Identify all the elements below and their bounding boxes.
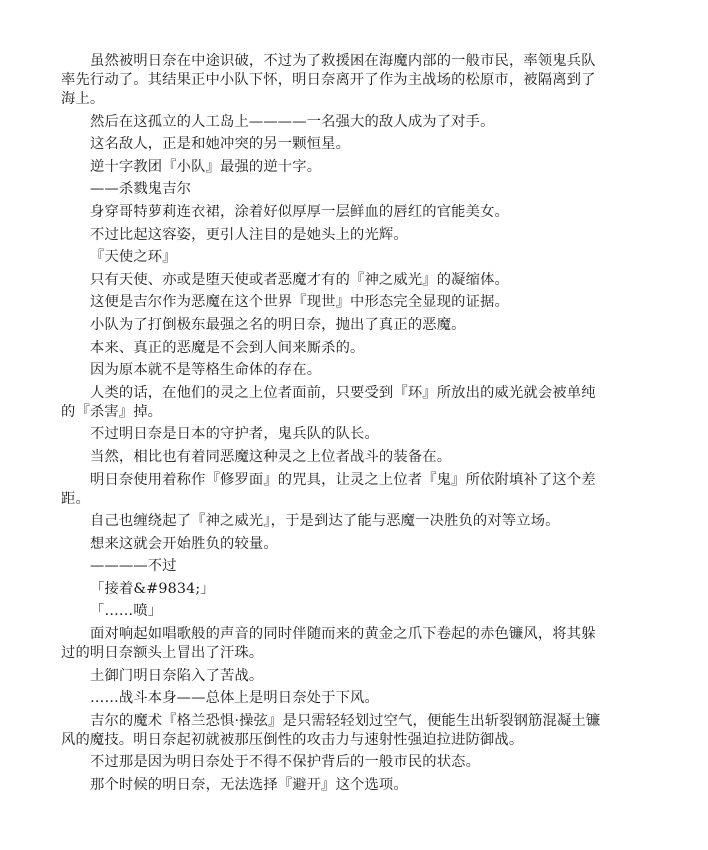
paragraph: 不过那是因为明日奈处于不得不保护背后的一般市民的状态。 xyxy=(61,753,571,772)
text-line: 『天使之环』 xyxy=(61,248,571,267)
text-line: 想来这就会开始胜负的较量。 xyxy=(61,535,571,554)
text-line: 然后在这孤立的人工岛上————一名强大的敌人成为了对手。 xyxy=(61,113,571,132)
text-line: ————不过 xyxy=(61,557,571,576)
text-line: 不过明日奈是日本的守护者，鬼兵队的队长。 xyxy=(61,425,571,444)
paragraph: 「接着&#9834;」 xyxy=(61,580,571,599)
text-line: 因为原本就不是等格生命体的存在。 xyxy=(61,361,571,380)
paragraph: ————不过 xyxy=(61,557,571,576)
text-line: ……战斗本身——总体上是明日奈处于下风。 xyxy=(61,689,571,708)
paragraph: 那个时候的明日奈，无法选择『避开』这个选项。 xyxy=(61,776,571,795)
paragraph: 然后在这孤立的人工岛上————一名强大的敌人成为了对手。 xyxy=(61,113,571,132)
paragraph: ……战斗本身——总体上是明日奈处于下风。 xyxy=(61,689,571,708)
text-line: 过的明日奈额头上冒出了汗珠。 xyxy=(61,644,571,663)
paragraph: 不过明日奈是日本的守护者，鬼兵队的队长。 xyxy=(61,425,571,444)
text-line: 「……喷」 xyxy=(61,602,571,621)
paragraph: 「……喷」 xyxy=(61,602,571,621)
paragraph: 身穿哥特萝莉连衣裙，涂着好似厚厚一层鲜血的唇红的官能美女。 xyxy=(61,203,571,222)
paragraph: 这名敌人，正是和她冲突的另一颗恒星。 xyxy=(61,135,571,154)
text-line: 风的魔技。明日奈起初就被那压倒性的攻击力与速射性强迫拉进防御战。 xyxy=(61,731,571,750)
paragraph: 面对响起如唱歌般的声音的同时伴随而来的黄金之爪下卷起的赤色镰风，将其躲过的明日奈… xyxy=(61,625,571,663)
paragraph: 土御门明日奈陷入了苦战。 xyxy=(61,667,571,686)
text-line: 小队为了打倒极东最强之名的明日奈，抛出了真正的恶魔。 xyxy=(61,316,571,335)
text-line: 海上。 xyxy=(61,90,571,109)
paragraph: 不过比起这容姿，更引人注目的是她头上的光辉。 xyxy=(61,226,571,245)
text-line: 逆十字教团『小队』最强的逆十字。 xyxy=(61,158,571,177)
paragraph: 明日奈使用着称作『修罗面』的咒具，让灵之上位者『鬼』所依附填补了这个差距。 xyxy=(61,471,571,509)
text-line: 面对响起如唱歌般的声音的同时伴随而来的黄金之爪下卷起的赤色镰风，将其躲 xyxy=(61,625,571,644)
text-line: 自己也缠绕起了『神之威光』，于是到达了能与恶魔一决胜负的对等立场。 xyxy=(61,512,571,531)
text-line: 的『杀害』掉。 xyxy=(61,403,571,422)
text-line: 率先行动了。其结果正中小队下怀，明日奈离开了作为主战场的松原市，被隔离到了 xyxy=(61,71,571,90)
paragraph: 当然，相比也有着同恶魔这种灵之上位者战斗的装备在。 xyxy=(61,448,571,467)
text-line: 身穿哥特萝莉连衣裙，涂着好似厚厚一层鲜血的唇红的官能美女。 xyxy=(61,203,571,222)
text-line: 「接着&#9834;」 xyxy=(61,580,571,599)
paragraph: 这便是吉尔作为恶魔在这个世界『现世』中形态完全显现的证据。 xyxy=(61,293,571,312)
text-line: 不过那是因为明日奈处于不得不保护背后的一般市民的状态。 xyxy=(61,753,571,772)
text-line: 这便是吉尔作为恶魔在这个世界『现世』中形态完全显现的证据。 xyxy=(61,293,571,312)
paragraph: ——杀戮鬼吉尔 xyxy=(61,180,571,199)
paragraph: 人类的话，在他们的灵之上位者面前，只要受到『环』所放出的威光就会被单纯的『杀害』… xyxy=(61,384,571,422)
text-line: 这名敌人，正是和她冲突的另一颗恒星。 xyxy=(61,135,571,154)
paragraph: 本来、真正的恶魔是不会到人间来厮杀的。 xyxy=(61,339,571,358)
text-line: 明日奈使用着称作『修罗面』的咒具，让灵之上位者『鬼』所依附填补了这个差 xyxy=(61,471,571,490)
document-page: 虽然被明日奈在中途识破，不过为了救援困在海魔内部的一般市民，率领鬼兵队率先行动了… xyxy=(61,52,571,799)
paragraph: 『天使之环』 xyxy=(61,248,571,267)
text-line: 虽然被明日奈在中途识破，不过为了救援困在海魔内部的一般市民，率领鬼兵队 xyxy=(61,52,571,71)
text-line: 那个时候的明日奈，无法选择『避开』这个选项。 xyxy=(61,776,571,795)
paragraph: 想来这就会开始胜负的较量。 xyxy=(61,535,571,554)
text-line: 吉尔的魔术『格兰恐惧·操弦』是只需轻轻划过空气，便能生出斩裂钢筋混凝土镰 xyxy=(61,712,571,731)
text-line: 不过比起这容姿，更引人注目的是她头上的光辉。 xyxy=(61,226,571,245)
paragraph: 自己也缠绕起了『神之威光』，于是到达了能与恶魔一决胜负的对等立场。 xyxy=(61,512,571,531)
text-line: 只有天使、亦或是堕天使或者恶魔才有的『神之威光』的凝缩体。 xyxy=(61,271,571,290)
text-line: 距。 xyxy=(61,490,571,509)
paragraph: 小队为了打倒极东最强之名的明日奈，抛出了真正的恶魔。 xyxy=(61,316,571,335)
text-line: 当然，相比也有着同恶魔这种灵之上位者战斗的装备在。 xyxy=(61,448,571,467)
text-line: 人类的话，在他们的灵之上位者面前，只要受到『环』所放出的威光就会被单纯 xyxy=(61,384,571,403)
paragraph: 吉尔的魔术『格兰恐惧·操弦』是只需轻轻划过空气，便能生出斩裂钢筋混凝土镰风的魔技… xyxy=(61,712,571,750)
paragraph: 虽然被明日奈在中途识破，不过为了救援困在海魔内部的一般市民，率领鬼兵队率先行动了… xyxy=(61,52,571,109)
paragraph: 只有天使、亦或是堕天使或者恶魔才有的『神之威光』的凝缩体。 xyxy=(61,271,571,290)
text-line: 本来、真正的恶魔是不会到人间来厮杀的。 xyxy=(61,339,571,358)
paragraph: 因为原本就不是等格生命体的存在。 xyxy=(61,361,571,380)
text-line: ——杀戮鬼吉尔 xyxy=(61,180,571,199)
text-line: 土御门明日奈陷入了苦战。 xyxy=(61,667,571,686)
paragraph: 逆十字教团『小队』最强的逆十字。 xyxy=(61,158,571,177)
